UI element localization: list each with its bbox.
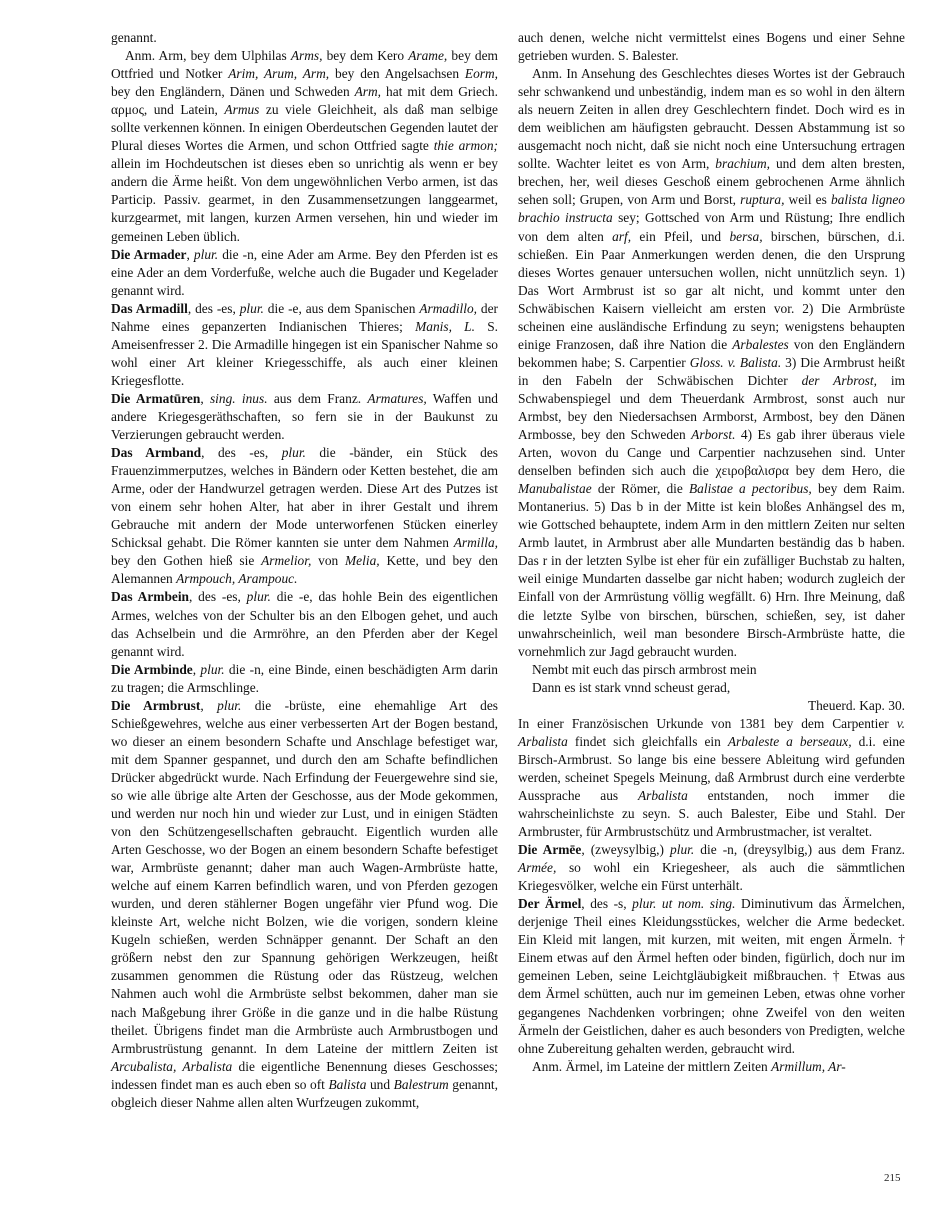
dictionary-entry: Die Armbrust, plur. die -brüste, eine eh… <box>111 697 498 1112</box>
text-run: allein im Hochdeutschen ist dieses eben … <box>111 156 498 243</box>
italic-term: Armée, <box>518 860 556 875</box>
italic-term: Arame, <box>408 48 447 63</box>
italic-term: plur. <box>217 698 241 713</box>
dictionary-entry: Die Armbinde, plur. die -n, eine Binde, … <box>111 661 498 697</box>
headword: Die Armēe <box>518 842 581 857</box>
italic-term: Gloss. v. Balista. <box>690 355 781 370</box>
text-run: In einer Französischen Urkunde von 1381 … <box>518 716 897 731</box>
italic-term: Armadillo, <box>419 301 477 316</box>
text-run: aus dem Franz. <box>268 391 368 406</box>
headword: Das Armband <box>111 445 201 460</box>
dictionary-entry: Das Armbein, des -es, plur. die -e, das … <box>111 588 498 660</box>
text-run: , des -es, <box>188 301 240 316</box>
text-run: ein Pfeil, und <box>631 229 729 244</box>
dictionary-entry: Das Armadill, des -es, plur. die -e, aus… <box>111 300 498 390</box>
italic-term: Balestrum <box>394 1077 449 1092</box>
text-run: so wohl ein Kriegesheer, als auch die sä… <box>518 860 905 893</box>
italic-term: Armillum, Ar- <box>771 1059 846 1074</box>
headword: Das Armbein <box>111 589 189 604</box>
italic-term: Arms, <box>291 48 323 63</box>
verse-line: Nembt mit euch das pirsch armbrost mein <box>518 661 905 679</box>
italic-term: Manubalistae <box>518 481 592 496</box>
text-run: , des -es, <box>201 445 282 460</box>
italic-term: plur. <box>282 445 306 460</box>
text-run: bey den Angelsachsen <box>329 66 465 81</box>
text-run: weil es <box>784 192 831 207</box>
text-run: , <box>200 698 217 713</box>
verse-line: Dann es ist stark vnnd scheust gerad, <box>518 679 905 697</box>
paragraph: auch denen, welche nicht vermittelst ein… <box>518 29 905 65</box>
italic-term: sing. inus. <box>210 391 268 406</box>
headword: Die Armbrust <box>111 698 200 713</box>
text-run: Diminutivum das Ärmelchen, derjenige The… <box>518 896 905 1055</box>
annotation-paragraph: Anm. In Ansehung des Geschlechtes dieses… <box>518 65 905 661</box>
italic-term: Armilla, <box>454 535 498 550</box>
italic-term: ruptura, <box>740 192 784 207</box>
dictionary-entry: Der Ärmel, des -s, plur. ut nom. sing. D… <box>518 895 905 1057</box>
italic-term: Arcubalista, Arbalista <box>111 1059 232 1074</box>
text-run: , <box>186 247 193 262</box>
text-run: bey den Gothen hieß sie <box>111 553 261 568</box>
text-run: birschen, bürschen, d.i. schießen. Ein P… <box>518 229 905 352</box>
text-run: bey dem Kero <box>322 48 408 63</box>
dictionary-entry: Das Armband, des -es, plur. die -bänder,… <box>111 444 498 588</box>
italic-term: Arim, Arum, Arm, <box>228 66 329 81</box>
italic-term: Armatures, <box>367 391 426 406</box>
text-run: der Römer, die <box>592 481 689 496</box>
text-run: , des -s, <box>581 896 632 911</box>
italic-term: Melia, <box>345 553 380 568</box>
text-run: , des -es, <box>189 589 247 604</box>
italic-term: bersa, <box>729 229 762 244</box>
italic-term: Armus <box>224 102 259 117</box>
text-run: , (zweysylbig,) <box>581 842 670 857</box>
text-run: von <box>311 553 345 568</box>
italic-term: Balista <box>328 1077 366 1092</box>
text-run: Anm. Arm, bey dem Ulphilas <box>125 48 291 63</box>
italic-term: plur. <box>670 842 694 857</box>
italic-term: arf, <box>612 229 631 244</box>
headword: Die Armbinde <box>111 662 193 677</box>
italic-term: Armpouch, Arampouc. <box>176 571 297 586</box>
text-run: die -n, (dreysylbig,) aus dem Franz. <box>694 842 905 857</box>
italic-term: thie armon; <box>434 138 498 153</box>
text-run: Anm. Ärmel, im Lateine der mittlern Zeit… <box>532 1059 771 1074</box>
italic-term: plur. <box>194 247 218 262</box>
annotation-paragraph: Anm. Ärmel, im Lateine der mittlern Zeit… <box>518 1058 905 1076</box>
italic-term: Balistae a pectoribus, <box>689 481 812 496</box>
paragraph: In einer Französischen Urkunde von 1381 … <box>518 715 905 841</box>
text-run: genannt. <box>111 30 157 45</box>
annotation-paragraph: Anm. Arm, bey dem Ulphilas Arms, bey dem… <box>111 47 498 246</box>
right-column: auch denen, welche nicht vermittelst ein… <box>518 29 905 1076</box>
text-run: die -bänder, ein Stück des Frauenzimmerp… <box>111 445 498 550</box>
italic-term: Arborst. <box>691 427 735 442</box>
italic-term: der Arbrost, <box>802 373 877 388</box>
text-run: die -e, aus dem Spanischen <box>264 301 419 316</box>
headword: Der Ärmel <box>518 896 581 911</box>
dictionary-entry: Die Armēe, (zweysylbig,) plur. die -n, (… <box>518 841 905 895</box>
italic-term: Arm, <box>355 84 381 99</box>
page-number: 215 <box>884 1172 901 1184</box>
italic-term: Eorm, <box>465 66 498 81</box>
citation: Theuerd. Kap. 30. <box>518 697 905 715</box>
dictionary-entry: Die Armader, plur. die -n, eine Ader am … <box>111 246 498 300</box>
paragraph: genannt. <box>111 29 498 47</box>
italic-term: plur. <box>240 301 264 316</box>
italic-term: plur. <box>247 589 271 604</box>
italic-term: Manis, L. <box>415 319 475 334</box>
italic-term: plur. ut nom. sing. <box>632 896 735 911</box>
headword: Die Armader <box>111 247 186 262</box>
text-run: bey dem Raim. Montanerius. 5) Das b in d… <box>518 481 905 658</box>
italic-term: Arbalista <box>638 788 688 803</box>
text-run: , <box>200 391 210 406</box>
italic-term: Arbaleste a berseaux, <box>728 734 852 749</box>
italic-term: Arbalestes <box>732 337 789 352</box>
italic-term: brachium, <box>715 156 770 171</box>
text-run: die -brüste, eine ehemahlige Art des Sch… <box>111 698 498 1056</box>
text-run: findet sich gleichfalls ein <box>568 734 728 749</box>
text-run: und <box>366 1077 393 1092</box>
headword: Die Armatūren <box>111 391 200 406</box>
text-run: auch denen, welche nicht vermittelst ein… <box>518 30 905 63</box>
italic-term: plur. <box>200 662 224 677</box>
left-column: genannt.Anm. Arm, bey dem Ulphilas Arms,… <box>111 29 498 1112</box>
dictionary-entry: Die Armatūren, sing. inus. aus dem Franz… <box>111 390 498 444</box>
text-run: bey den Engländern, Dänen und Schweden <box>111 84 355 99</box>
italic-term: Armelior, <box>261 553 311 568</box>
text-run: Theuerd. Kap. 30. <box>808 698 905 713</box>
headword: Das Armadill <box>111 301 188 316</box>
